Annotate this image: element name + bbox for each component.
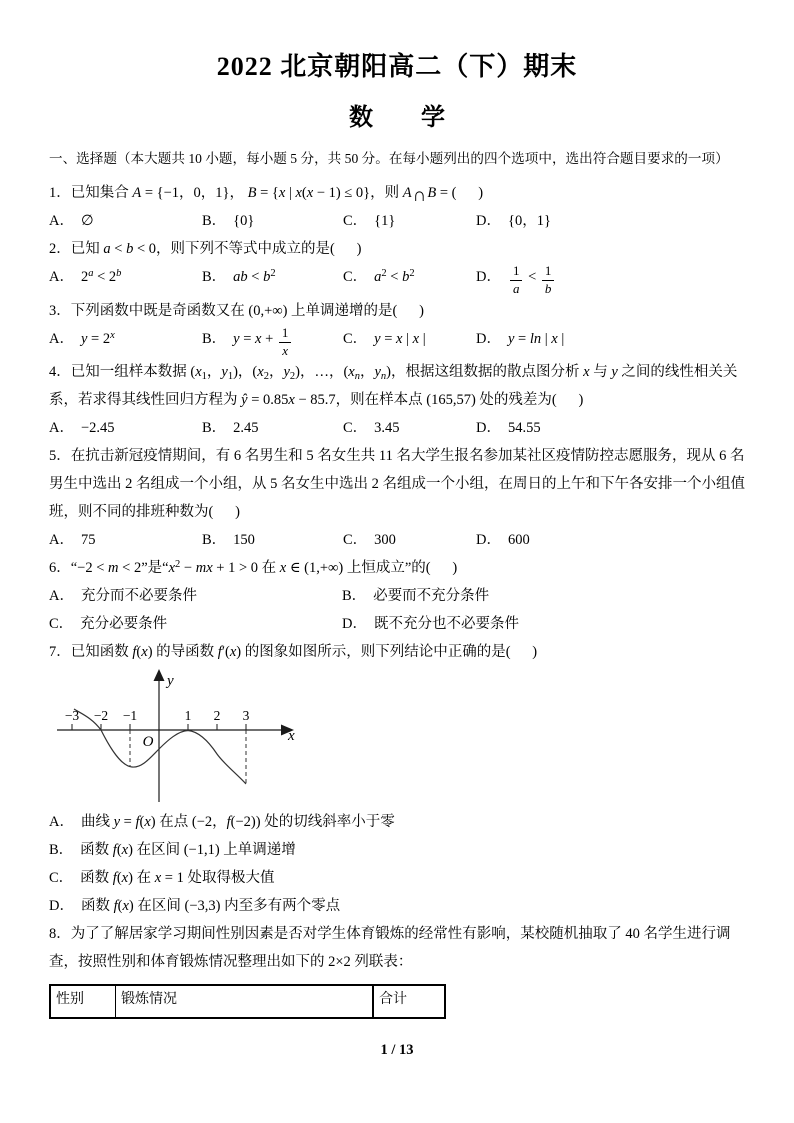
page-number: 1 / 13: [0, 1042, 794, 1059]
derivative-graph: −3 −2 −1 1 2 3 O y x: [49, 668, 349, 808]
text-run: < 2: [93, 269, 116, 285]
text-run: ) 的导函数: [148, 644, 218, 660]
question-8: 8．为了了解居家学习期间性别因素是否对学生体育锻炼的经常性有影响，某校随机抽取了…: [49, 920, 745, 1019]
text-run: |: [285, 185, 295, 201]
question-1-option-C: C．{1}: [343, 207, 476, 235]
superscript: 2: [270, 268, 275, 279]
text-run: 3．下列函数中既是奇函数又在 (0,+∞) 上单调递增的是( ): [49, 303, 424, 319]
superscript: b: [116, 268, 121, 279]
text-run: −: [180, 560, 195, 576]
math-var: A: [403, 185, 412, 201]
text-run: 54.55: [508, 420, 541, 436]
text-run: |: [402, 331, 412, 347]
question-5-option-A-label: A．: [49, 532, 74, 548]
question-8-stem: 8．为了了解居家学习期间性别因素是否对学生体育锻炼的经常性有影响，某校随机抽取了…: [49, 920, 745, 976]
question-5-option-A: A．75: [49, 526, 202, 554]
text-run: < 0，则下列不等式中成立的是( ): [133, 241, 361, 257]
question-2-options: A．2a < 2bB．ab < b2C．a2 < b2D．1a < 1b: [49, 263, 745, 297]
contingency-header-cell-0: 性别: [50, 985, 116, 1018]
question-1-option-C-content: {1}: [374, 213, 395, 229]
text-run: 1．已知集合: [49, 185, 132, 201]
text-run: = 2: [87, 331, 110, 347]
question-3-option-A-content: y = 2x: [81, 331, 115, 347]
question-6-option-C-content: 充分必要条件: [80, 616, 167, 632]
text-run: <: [387, 269, 402, 285]
text-run: 必要而不充分条件: [373, 588, 489, 604]
question-4-option-A: A．−2.45: [49, 414, 202, 442]
tick-label: 1: [185, 708, 192, 723]
text-run: (−2)) 处的切线斜率小于零: [231, 814, 395, 830]
derivative-graph-figure: −3 −2 −1 1 2 3 O y x: [49, 668, 745, 808]
question-5-stem: 5．在抗击新冠疫情期间，有 6 名男生和 5 名女生共 11 名大学生报名参加某…: [49, 442, 745, 526]
question-7-option-A-label: A．: [49, 814, 74, 830]
x-axis-label: x: [287, 728, 295, 744]
exam-page: 2022 北京朝阳高二（下）期末 数 学 一、选择题（本大题共 10 小题，每小…: [0, 0, 794, 1123]
question-1: 1．已知集合 A = {−1，0，1}， B = {x | x(x − 1) ≤…: [49, 179, 745, 235]
question-5-option-D-content: 600: [508, 532, 530, 548]
text-run: 函数: [80, 842, 113, 858]
contingency-header-row: 性别锻炼情况合计: [50, 985, 445, 1018]
contingency-table: 性别锻炼情况合计: [49, 984, 446, 1019]
text-run: )，根据这组数据的散点图分析: [386, 364, 583, 380]
text-run: ，: [360, 364, 375, 380]
section-heading: 一、选择题（本大题共 10 小题，每小题 5 分，共 50 分。在每小题列出的四…: [49, 148, 745, 170]
text-run: <: [248, 269, 263, 285]
origin-label: O: [143, 734, 154, 750]
question-6-stem: 6．“−2 < m < 2”是“x2 − mx + 1 > 0 在 x ∈ (1…: [49, 554, 745, 582]
question-2-option-B: B．ab < b2: [202, 263, 343, 297]
question-3-option-A: A．y = 2x: [49, 325, 202, 359]
question-2-option-C-label: C．: [343, 269, 367, 285]
question-7-option-D: D．函数 f(x) 在区间 (−3,3) 内至多有两个零点: [49, 892, 745, 920]
question-4-option-B-content: 2.45: [233, 420, 258, 436]
question-2-option-C: C．a2 < b2: [343, 263, 476, 297]
question-6-option-A-label: A．: [49, 588, 74, 604]
question-7-stem: 7．已知函数 f(x) 的导函数 f′(x) 的图象如图所示，则下列结论中正确的…: [49, 638, 745, 666]
fraction-numerator: 1: [542, 264, 555, 281]
question-5-option-C-label: C．: [343, 532, 367, 548]
question-4: 4．已知一组样本数据 (x1，y1)，(x2，y2)，…，(xn，yn)，根据这…: [49, 358, 745, 442]
text-run: =: [381, 331, 396, 347]
question-6-option-D-label: D．: [342, 616, 367, 632]
text-run: 与: [590, 364, 612, 380]
text-run: )，…，(: [295, 364, 348, 380]
question-1-stem: 1．已知集合 A = {−1，0，1}， B = {x | x(x − 1) ≤…: [49, 179, 745, 207]
question-6-option-C: C．充分必要条件: [49, 610, 342, 638]
question-3: 3．下列函数中既是奇函数又在 (0,+∞) 上单调递增的是( )A．y = 2x…: [49, 297, 745, 359]
question-4-option-B-label: B．: [202, 420, 226, 436]
questions-container: 1．已知集合 A = {−1，0，1}， B = {x | x(x − 1) ≤…: [49, 179, 745, 1019]
text-run: |: [541, 331, 551, 347]
text-run: 曲线: [81, 814, 114, 830]
question-7-options: A．曲线 y = f(x) 在点 (−2，f(−2)) 处的切线斜率小于零B．函…: [49, 808, 745, 920]
question-2-option-D-content: 1a < 1b: [508, 269, 556, 285]
question-6: 6．“−2 < m < 2”是“x2 − mx + 1 > 0 在 x ∈ (1…: [49, 554, 745, 638]
question-2-option-D-label: D．: [476, 269, 501, 285]
question-3-stem: 3．下列函数中既是奇函数又在 (0,+∞) 上单调递增的是( ): [49, 297, 745, 325]
math-var: A: [132, 185, 141, 201]
question-6-option-B-content: 必要而不充分条件: [373, 588, 489, 604]
text-run: ′(: [222, 644, 230, 660]
question-6-option-B-label: B．: [342, 588, 366, 604]
question-4-option-D-content: 54.55: [508, 420, 541, 436]
question-5: 5．在抗击新冠疫情期间，有 6 名男生和 5 名女生共 11 名大学生报名参加某…: [49, 442, 745, 554]
text-run: ) 的图象如图所示，则下列结论中正确的是( ): [236, 644, 537, 660]
text-run: 既不充分也不必要条件: [374, 616, 519, 632]
question-5-option-A-content: 75: [81, 532, 96, 548]
question-7-option-B-label: B．: [49, 842, 73, 858]
fraction: 1b: [542, 264, 555, 296]
question-7-option-C-content: 函数 f(x) 在 x = 1 处取得极大值: [80, 870, 274, 886]
math-var: m: [108, 560, 118, 576]
fraction: 1a: [510, 264, 523, 296]
question-1-options: A．∅B．{0}C．{1}D．{0，1}: [49, 207, 745, 235]
question-7-option-A-content: 曲线 y = f(x) 在点 (−2，f(−2)) 处的切线斜率小于零: [81, 814, 395, 830]
text-run: ) 在: [128, 870, 155, 886]
text-run: 6．“−2 <: [49, 560, 108, 576]
question-2-option-D: D．1a < 1b: [476, 263, 745, 297]
tick-label: 3: [243, 708, 250, 723]
text-run: 75: [81, 532, 96, 548]
math-var: B: [248, 185, 257, 201]
question-1-option-A-label: A．: [49, 213, 74, 229]
text-run: =: [514, 331, 529, 347]
question-5-option-C: C．300: [343, 526, 476, 554]
question-4-option-A-content: −2.45: [81, 420, 115, 436]
question-4-option-D: D．54.55: [476, 414, 745, 442]
intersection-symbol: ∩: [412, 185, 428, 206]
question-1-option-D-label: D．: [476, 213, 501, 229]
superscript: x: [110, 330, 115, 341]
text-run: ∈ (1,+∞) 上恒成立”的( ): [286, 560, 457, 576]
question-3-option-D-label: D．: [476, 331, 501, 347]
question-4-option-C-content: 3.45: [374, 420, 399, 436]
text-run: + 1 > 0 在: [213, 560, 280, 576]
question-5-option-C-content: 300: [374, 532, 396, 548]
text-run: 150: [233, 532, 255, 548]
question-3-option-C-label: C．: [343, 331, 367, 347]
text-run: )，(: [233, 364, 257, 380]
question-5-option-B-content: 150: [233, 532, 255, 548]
text-run: − 1) ≤ 0}，则: [313, 185, 403, 201]
text-run: = ( ): [436, 185, 483, 201]
question-7-option-C-label: C．: [49, 870, 73, 886]
math-var: B: [427, 185, 436, 201]
page-content: 2022 北京朝阳高二（下）期末 数 学 一、选择题（本大题共 10 小题，每小…: [0, 46, 794, 1019]
math-var: ab: [233, 269, 248, 285]
text-run: |: [558, 331, 565, 347]
math-var: a: [103, 241, 110, 257]
question-2-option-C-content: a2 < b2: [374, 269, 414, 285]
text-run: = 1 处取得极大值: [161, 870, 274, 886]
question-6-option-A: A．充分而不必要条件: [49, 582, 342, 610]
question-7-option-B: B．函数 f(x) 在区间 (−1,1) 上单调递增: [49, 836, 745, 864]
question-4-option-A-label: A．: [49, 420, 74, 436]
fraction: 1x: [279, 326, 292, 358]
question-2-option-A-content: 2a < 2b: [81, 269, 121, 285]
text-run: =: [120, 814, 135, 830]
tick-label: −1: [123, 708, 137, 723]
question-2-option-A: A．2a < 2b: [49, 263, 202, 297]
text-run: ∅: [81, 213, 94, 229]
text-run: 5．在抗击新冠疫情期间，有 6 名男生和 5 名女生共 11 名大学生报名参加某…: [49, 448, 745, 520]
question-5-option-D-label: D．: [476, 532, 501, 548]
y-axis-label: y: [165, 673, 174, 689]
fraction-numerator: 1: [510, 264, 523, 281]
text-run: |: [419, 331, 426, 347]
question-5-option-B-label: B．: [202, 532, 226, 548]
page-title: 2022 北京朝阳高二（下）期末: [49, 46, 745, 83]
math-var: ln: [530, 331, 541, 347]
question-2-option-B-label: B．: [202, 269, 226, 285]
question-6-option-B: B．必要而不充分条件: [342, 582, 745, 610]
question-3-option-B-content: y = x + 1x: [233, 331, 293, 347]
fraction-denominator: b: [542, 281, 555, 297]
question-4-option-C-label: C．: [343, 420, 367, 436]
text-run: {0}: [233, 213, 254, 229]
question-6-options: A．充分而不必要条件B．必要而不充分条件C．充分必要条件D．既不充分也不必要条件: [49, 582, 745, 638]
question-4-option-B: B．2.45: [202, 414, 343, 442]
text-run: 4．已知一组样本数据 (: [49, 364, 195, 380]
question-1-option-A-content: ∅: [81, 213, 94, 229]
question-3-option-C-content: y = x | x |: [374, 331, 425, 347]
text-run: 充分而不必要条件: [81, 588, 197, 604]
text-run: 300: [374, 532, 396, 548]
tick-label: 2: [214, 708, 221, 723]
question-1-option-B: B．{0}: [202, 207, 343, 235]
text-run: < 2”是“: [119, 560, 169, 576]
subject-title: 数 学: [49, 97, 745, 132]
question-1-option-D-content: {0，1}: [508, 213, 551, 229]
question-5-option-B: B．150: [202, 526, 343, 554]
question-7-option-C: C．函数 f(x) 在 x = 1 处取得极大值: [49, 864, 745, 892]
question-4-option-C: C．3.45: [343, 414, 476, 442]
question-7: 7．已知函数 f(x) 的导函数 f′(x) 的图象如图所示，则下列结论中正确的…: [49, 638, 745, 920]
question-1-option-B-content: {0}: [233, 213, 254, 229]
text-run: =: [240, 331, 255, 347]
text-run: 2.45: [233, 420, 258, 436]
text-run: = {: [257, 185, 279, 201]
contingency-header-cell-2: 合计: [373, 985, 445, 1018]
text-run: {1}: [374, 213, 395, 229]
question-6-option-D: D．既不充分也不必要条件: [342, 610, 745, 638]
question-7-option-D-label: D．: [49, 898, 74, 914]
question-2: 2．已知 a < b < 0，则下列不等式中成立的是( )A．2a < 2bB．…: [49, 235, 745, 297]
text-run: {0，1}: [508, 213, 551, 229]
text-run: ，: [207, 364, 222, 380]
question-2-stem: 2．已知 a < b < 0，则下列不等式中成立的是( ): [49, 235, 745, 263]
text-run: ) 在区间 (−1,1) 上单调递增: [128, 842, 296, 858]
question-6-option-D-content: 既不充分也不必要条件: [374, 616, 519, 632]
question-6-option-C-label: C．: [49, 616, 73, 632]
question-4-stem: 4．已知一组样本数据 (x1，y1)，(x2，y2)，…，(xn，yn)，根据这…: [49, 358, 745, 414]
question-5-options: A．75B．150C．300D．600: [49, 526, 745, 554]
text-run: +: [261, 331, 276, 347]
text-run: 3.45: [374, 420, 399, 436]
text-run: 8．为了了解居家学习期间性别因素是否对学生体育锻炼的经常性有影响，某校随机抽取了…: [49, 926, 731, 970]
question-7-option-D-content: 函数 f(x) 在区间 (−3,3) 内至多有两个零点: [81, 898, 340, 914]
question-3-option-B: B．y = x + 1x: [202, 325, 343, 359]
question-4-option-D-label: D．: [476, 420, 501, 436]
question-3-option-B-label: B．: [202, 331, 226, 347]
question-2-option-B-content: ab < b2: [233, 269, 275, 285]
superscript: 2: [409, 268, 414, 279]
contingency-header-cell-1: 锻炼情况: [116, 985, 374, 1018]
question-1-option-A: A．∅: [49, 207, 202, 235]
question-4-options: A．−2.45B．2.45C．3.45D．54.55: [49, 414, 745, 442]
question-2-option-A-label: A．: [49, 269, 74, 285]
text-run: 函数: [81, 898, 114, 914]
question-7-option-A: A．曲线 y = f(x) 在点 (−2，f(−2)) 处的切线斜率小于零: [49, 808, 745, 836]
question-1-option-B-label: B．: [202, 213, 226, 229]
question-3-option-C: C．y = x | x |: [343, 325, 476, 359]
text-run: = {−1，0，1}，: [141, 185, 247, 201]
text-run: <: [524, 269, 539, 285]
question-6-option-A-content: 充分而不必要条件: [81, 588, 197, 604]
fraction-numerator: 1: [279, 326, 292, 343]
text-run: <: [111, 241, 126, 257]
question-3-options: A．y = 2xB．y = x + 1xC．y = x | x |D．y = l…: [49, 325, 745, 359]
question-5-option-D: D．600: [476, 526, 745, 554]
text-run: 2．已知: [49, 241, 103, 257]
question-7-option-B-content: 函数 f(x) 在区间 (−1,1) 上单调递增: [80, 842, 296, 858]
text-run: ，: [269, 364, 284, 380]
question-3-option-A-label: A．: [49, 331, 74, 347]
question-3-option-D-content: y = ln | x |: [508, 331, 564, 347]
question-1-option-D: D．{0，1}: [476, 207, 745, 235]
text-run: 600: [508, 532, 530, 548]
fraction-denominator: x: [279, 343, 292, 359]
text-run: − 85.7，则在样本点 (165,57) 处的残差为( ): [295, 392, 584, 408]
text-run: 函数: [80, 870, 113, 886]
question-1-option-C-label: C．: [343, 213, 367, 229]
fraction-denominator: a: [510, 281, 523, 297]
text-run: −2.45: [81, 420, 115, 436]
question-3-option-D: D．y = ln | x |: [476, 325, 745, 359]
text-run: ) 在区间 (−3,3) 内至多有两个零点: [129, 898, 340, 914]
text-run: 充分必要条件: [80, 616, 167, 632]
text-run: = 0.85: [248, 392, 289, 408]
tick-label: −2: [94, 708, 108, 723]
y-axis-arrow-icon: [154, 669, 165, 681]
text-run: 7．已知函数: [49, 644, 132, 660]
text-run: ) 在点 (−2，: [151, 814, 227, 830]
math-var: mx: [196, 560, 213, 576]
